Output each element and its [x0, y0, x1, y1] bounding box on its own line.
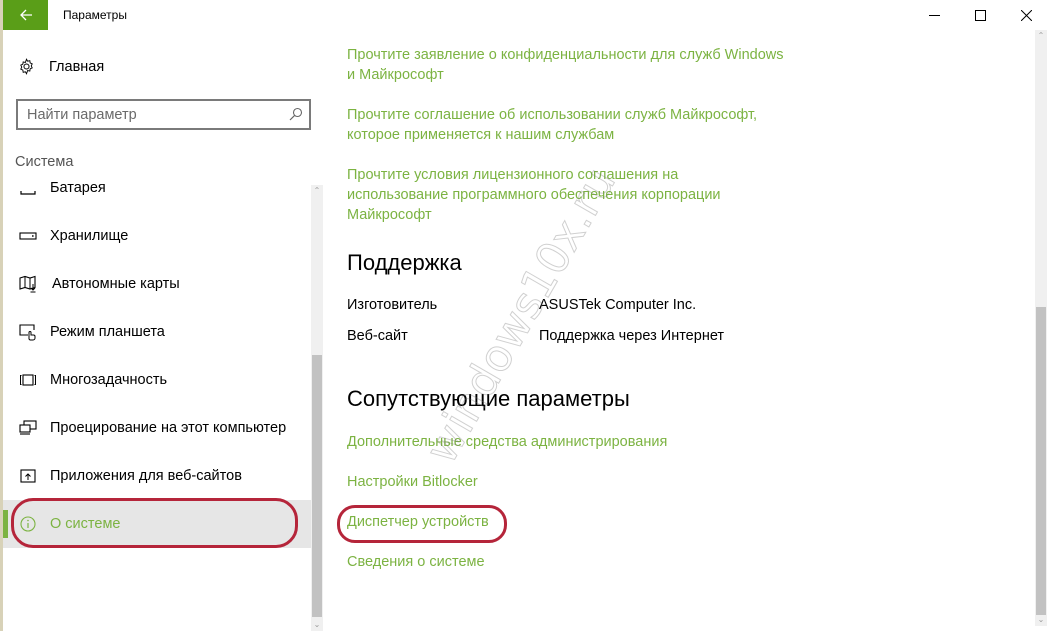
search-icon[interactable] [289, 107, 303, 121]
multitasking-icon [19, 371, 37, 389]
section-label: Система [15, 154, 73, 170]
sidebar-item-label: Хранилище [50, 228, 128, 244]
sidebar-item-multitasking[interactable]: Многозадачность [3, 356, 311, 404]
sidebar-item-label: Приложения для веб-сайтов [50, 468, 242, 484]
sidebar-item-battery[interactable]: Батарея [3, 178, 311, 212]
link-line: использование программного обеспечения к… [347, 185, 721, 205]
scrollbar-thumb[interactable] [312, 355, 322, 617]
sidebar: Главная Система Батарея Хранилище Автоно… [3, 30, 324, 631]
scroll-up-arrow[interactable]: ⌃ [311, 185, 323, 197]
website-label: Веб-сайт [347, 328, 408, 344]
link-line: Прочтите заявление о конфиденциальности … [347, 45, 784, 65]
sidebar-nav-list: Батарея Хранилище Автономные карты Режим… [3, 178, 311, 631]
sidebar-item-about[interactable]: О системе [3, 500, 311, 548]
link-line: которое применяется к нашим службам [347, 125, 757, 145]
search-input[interactable] [18, 101, 278, 128]
sidebar-item-storage[interactable]: Хранилище [3, 212, 311, 260]
sidebar-item-web-apps[interactable]: Приложения для веб-сайтов [3, 452, 311, 500]
license-terms-link[interactable]: Прочтите условия лицензионного соглашени… [347, 165, 721, 225]
related-settings-heading: Сопутствующие параметры [347, 386, 630, 412]
tablet-mode-icon [19, 323, 37, 341]
sidebar-item-projecting[interactable]: Проецирование на этот компьютер [3, 404, 311, 452]
projecting-icon [19, 419, 37, 437]
selection-indicator [3, 510, 8, 538]
close-icon [1021, 10, 1032, 21]
offline-maps-icon [19, 275, 37, 293]
link-line: Майкрософт [347, 205, 721, 225]
sidebar-item-offline-maps[interactable]: Автономные карты [3, 260, 311, 308]
close-button[interactable] [1003, 0, 1049, 30]
sidebar-item-tablet-mode[interactable]: Режим планшета [3, 308, 311, 356]
sidebar-home[interactable]: Главная [18, 58, 104, 75]
support-heading: Поддержка [347, 250, 462, 276]
title-bar: Параметры [3, 0, 1049, 30]
sidebar-item-label: Батарея [50, 180, 106, 196]
manufacturer-label: Изготовитель [347, 297, 437, 313]
main-content: Прочтите заявление о конфиденциальности … [324, 30, 1049, 631]
app-title: Параметры [63, 8, 127, 22]
sidebar-item-label: Проецирование на этот компьютер [50, 420, 286, 436]
storage-icon [19, 227, 37, 245]
services-agreement-link[interactable]: Прочтите соглашение об использовании слу… [347, 105, 757, 145]
scroll-down-arrow[interactable]: ⌄ [311, 619, 323, 631]
minimize-button[interactable] [911, 0, 957, 30]
arrow-left-icon [19, 8, 33, 22]
search-box[interactable] [16, 99, 311, 130]
system-info-link[interactable]: Сведения о системе [347, 552, 485, 572]
sidebar-item-label: Многозадачность [50, 372, 167, 388]
gear-icon [18, 58, 35, 75]
scrollbar-thumb[interactable] [1036, 307, 1046, 615]
info-icon [19, 515, 37, 533]
sidebar-item-label: Автономные карты [52, 276, 180, 292]
back-button[interactable] [3, 0, 48, 30]
sidebar-item-label: Режим планшета [50, 324, 165, 340]
admin-tools-link[interactable]: Дополнительные средства администрировани… [347, 432, 667, 452]
minimize-icon [929, 10, 940, 21]
link-line: Прочтите условия лицензионного соглашени… [347, 165, 721, 185]
link-line: и Майкрософт [347, 65, 784, 85]
scroll-down-arrow[interactable]: ⌄ [1035, 614, 1047, 626]
sidebar-scrollbar[interactable]: ⌃ ⌄ [311, 185, 323, 631]
battery-icon [19, 179, 37, 197]
link-line: Прочтите соглашение об использовании слу… [347, 105, 757, 125]
sidebar-item-label: О системе [50, 516, 120, 532]
manufacturer-value: ASUSTek Computer Inc. [539, 297, 696, 313]
privacy-statement-link[interactable]: Прочтите заявление о конфиденциальности … [347, 45, 784, 85]
sidebar-home-label: Главная [49, 59, 104, 75]
maximize-button[interactable] [957, 0, 1003, 30]
scroll-up-arrow[interactable]: ⌃ [1035, 30, 1047, 42]
online-support-link[interactable]: Поддержка через Интернет [539, 326, 724, 346]
web-apps-icon [19, 467, 37, 485]
bitlocker-settings-link[interactable]: Настройки Bitlocker [347, 472, 478, 492]
maximize-icon [975, 10, 986, 21]
device-manager-link[interactable]: Диспетчер устройств [347, 512, 489, 532]
main-scrollbar[interactable]: ⌃ ⌄ [1035, 30, 1047, 626]
